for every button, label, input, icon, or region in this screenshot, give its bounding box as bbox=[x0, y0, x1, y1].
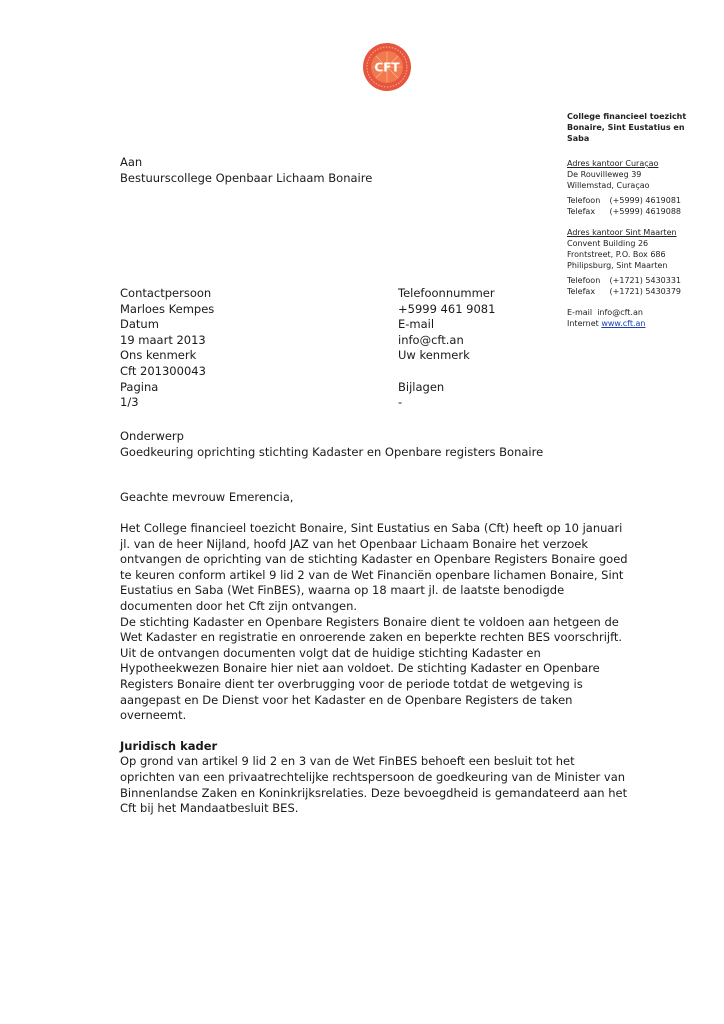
meta-label: Ons kenmerk bbox=[120, 348, 214, 364]
salutation: Geachte mevrouw Emerencia, bbox=[120, 489, 293, 505]
letter-body: Het College financieel toezicht Bonaire,… bbox=[120, 521, 620, 817]
paragraph: Het College financieel toezicht Bonaire,… bbox=[120, 521, 620, 615]
cft-logo: CFT bbox=[362, 42, 412, 92]
recipient-label: Aan bbox=[120, 154, 372, 170]
text-line: oprichten van een privaatrechtelijke rec… bbox=[120, 770, 620, 786]
fax-value: (+5999) 4619088 bbox=[610, 207, 681, 216]
cft-logo-icon: CFT bbox=[362, 42, 412, 92]
meta-label: Datum bbox=[120, 317, 214, 333]
fax-row: Telefax (+5999) 4619088 bbox=[567, 206, 717, 217]
phone-label: Telefoon bbox=[567, 275, 607, 286]
text-line: Registers Bonaire dient ter overbrugging… bbox=[120, 677, 620, 693]
meta-value: Marloes Kempes bbox=[120, 302, 214, 318]
internet-label: Internet bbox=[567, 319, 599, 328]
meta-label: Pagina bbox=[120, 380, 214, 396]
organization-name: College financieel toezicht Bonaire, Sin… bbox=[567, 111, 717, 144]
office-curacao: Adres kantoor Curaçao De Rouvilleweg 39 … bbox=[567, 158, 717, 217]
meta-label: E-mail bbox=[398, 317, 495, 333]
meta-value: 19 maart 2013 bbox=[120, 333, 214, 349]
email-value: info@cft.an bbox=[597, 308, 643, 317]
text-line: Wet Kadaster en registratie en onroerend… bbox=[120, 630, 620, 646]
fax-label: Telefax bbox=[567, 286, 607, 297]
phone-value: (+1721) 5430331 bbox=[610, 276, 681, 285]
text-line: overneemt. bbox=[120, 708, 620, 724]
text-line: De stichting Kadaster en Openbare Regist… bbox=[120, 615, 620, 631]
subject-value: Goedkeuring oprichting stichting Kadaste… bbox=[120, 444, 543, 460]
text-line: Het College financieel toezicht Bonaire,… bbox=[120, 521, 620, 537]
subject-label: Onderwerp bbox=[120, 428, 543, 444]
text-line: aangepast en De Dienst voor het Kadaster… bbox=[120, 693, 620, 709]
text-line: Uit de ontvangen documenten volgt dat de… bbox=[120, 646, 620, 662]
office-sint-maarten: Adres kantoor Sint Maarten Convent Build… bbox=[567, 227, 717, 297]
phone-value: (+5999) 4619081 bbox=[610, 196, 681, 205]
address-line: Convent Building 26 bbox=[567, 238, 717, 249]
text-line: documenten door het Cft zijn ontvangen. bbox=[120, 599, 620, 615]
org-line: College financieel toezicht bbox=[567, 111, 717, 122]
fax-row: Telefax (+1721) 5430379 bbox=[567, 286, 717, 297]
text-line: Cft bij het Mandaatbesluit BES. bbox=[120, 801, 620, 817]
recipient-name: Bestuurscollege Openbaar Lichaam Bonaire bbox=[120, 170, 372, 186]
address-line: Philipsburg, Sint Maarten bbox=[567, 260, 717, 271]
text-line: Op grond van artikel 9 lid 2 en 3 van de… bbox=[120, 754, 620, 770]
fax-value: (+1721) 5430379 bbox=[610, 287, 681, 296]
meta-label: Uw kenmerk bbox=[398, 348, 495, 364]
text-line: Binnenlandse Zaken en Koninkrijksrelatie… bbox=[120, 786, 620, 802]
recipient-block: Aan Bestuurscollege Openbaar Lichaam Bon… bbox=[120, 154, 372, 186]
org-line: Saba bbox=[567, 133, 717, 144]
meta-value: +5999 461 9081 bbox=[398, 302, 495, 318]
office-sint-maarten-heading: Adres kantoor Sint Maarten bbox=[567, 227, 717, 238]
website-link[interactable]: www.cft.an bbox=[601, 319, 645, 328]
email-row: E-mail info@cft.an bbox=[567, 307, 717, 318]
text-line: Hypotheekwezen Bonaire hier niet aan vol… bbox=[120, 661, 620, 677]
address-line: Frontstreet, P.O. Box 686 bbox=[567, 249, 717, 260]
subject-block: Onderwerp Goedkeuring oprichting stichti… bbox=[120, 428, 543, 460]
meta-value: - bbox=[398, 395, 495, 411]
text-line: jl. van de heer Nijland, hoofd JAZ van h… bbox=[120, 537, 620, 553]
meta-label: Bijlagen bbox=[398, 380, 495, 396]
address-line: De Rouvilleweg 39 bbox=[567, 169, 717, 180]
text-line: Eustatius en Saba (Wet FinBES), waarna o… bbox=[120, 583, 620, 599]
phone-row: Telefoon (+1721) 5430331 bbox=[567, 275, 717, 286]
text-line: te keuren conform artikel 9 lid 2 van de… bbox=[120, 568, 620, 584]
email-label: E-mail bbox=[567, 308, 592, 317]
org-line: Bonaire, Sint Eustatius en bbox=[567, 122, 717, 133]
paragraph: De stichting Kadaster en Openbare Regist… bbox=[120, 615, 620, 724]
letterhead-sidebar: College financieel toezicht Bonaire, Sin… bbox=[567, 111, 717, 329]
meta-label: Telefoonnummer bbox=[398, 286, 495, 302]
svg-text:CFT: CFT bbox=[374, 61, 400, 75]
section-heading: Juridisch kader bbox=[120, 739, 620, 755]
office-curacao-heading: Adres kantoor Curaçao bbox=[567, 158, 717, 169]
metadata-right-column: Telefoonnummer +5999 461 9081 E-mail inf… bbox=[398, 286, 495, 411]
meta-value: Cft 201300043 bbox=[120, 364, 214, 380]
meta-label: Contactpersoon bbox=[120, 286, 214, 302]
meta-value bbox=[398, 364, 495, 380]
meta-value: info@cft.an bbox=[398, 333, 495, 349]
metadata-left-column: Contactpersoon Marloes Kempes Datum 19 m… bbox=[120, 286, 214, 411]
internet-row: Internet www.cft.an bbox=[567, 318, 717, 329]
address-line: Willemstad, Curaçao bbox=[567, 180, 717, 191]
phone-label: Telefoon bbox=[567, 195, 607, 206]
meta-value: 1/3 bbox=[120, 395, 214, 411]
text-line: ontvangen de oprichting van de stichting… bbox=[120, 552, 620, 568]
paragraph: Op grond van artikel 9 lid 2 en 3 van de… bbox=[120, 754, 620, 816]
fax-label: Telefax bbox=[567, 206, 607, 217]
phone-row: Telefoon (+5999) 4619081 bbox=[567, 195, 717, 206]
